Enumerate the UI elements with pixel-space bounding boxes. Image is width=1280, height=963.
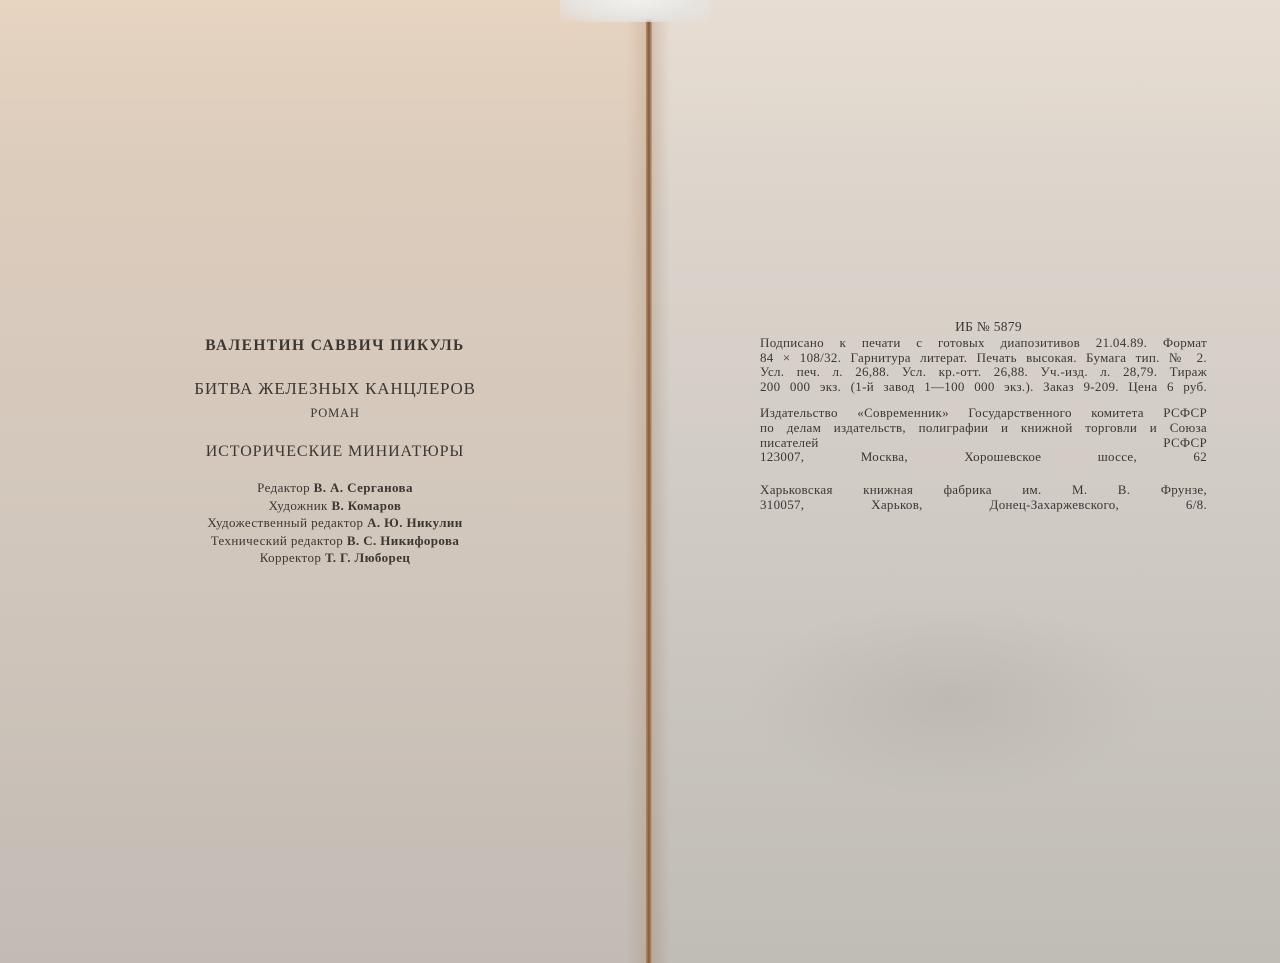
ib-number: ИБ № 5879 [760, 320, 1207, 335]
book-title: БИТВА ЖЕЛЕЗНЫХ КАНЦЛЕРОВ [150, 378, 520, 400]
publisher-info: Издательство «Современник» Государственн… [760, 406, 1207, 465]
credit-editor: Редактор В. А. Серганова [150, 479, 520, 497]
spine-top-gap [560, 0, 710, 22]
credit-tech-editor: Технический редактор В. С. Никифорова [150, 532, 520, 550]
title-page-block: ВАЛЕНТИН САВВИЧ ПИКУЛЬ БИТВА ЖЕЛЕЗНЫХ КА… [150, 336, 520, 567]
colophon-block: ИБ № 5879 Подписано к печати с готовых д… [760, 320, 1207, 513]
credit-proofreader: Корректор Т. Г. Люборец [150, 549, 520, 567]
open-book-spread: ВАЛЕНТИН САВВИЧ ПИКУЛЬ БИТВА ЖЕЛЕЗНЫХ КА… [0, 0, 1280, 963]
book-genre: РОМАН [150, 405, 520, 421]
credit-artist: Художник В. Комаров [150, 497, 520, 515]
book-subtitle: ИСТОРИЧЕСКИЕ МИНИАТЮРЫ [150, 441, 520, 463]
printer-info: Харьковская книжная фабрика им. М. В. Фр… [760, 483, 1207, 513]
author-name: ВАЛЕНТИН САВВИЧ ПИКУЛЬ [150, 336, 520, 356]
credit-art-editor: Художественный редактор А. Ю. Никулин [150, 514, 520, 532]
book-gutter [646, 18, 652, 963]
print-info: Подписано к печати с готовых диапозитиво… [760, 336, 1207, 395]
credits-list: Редактор В. А. Серганова Художник В. Ком… [150, 479, 520, 567]
publisher-address: 123007, Москва, Хорошевское шоссе, 62 [760, 450, 1207, 465]
page-shadow [740, 600, 1160, 800]
